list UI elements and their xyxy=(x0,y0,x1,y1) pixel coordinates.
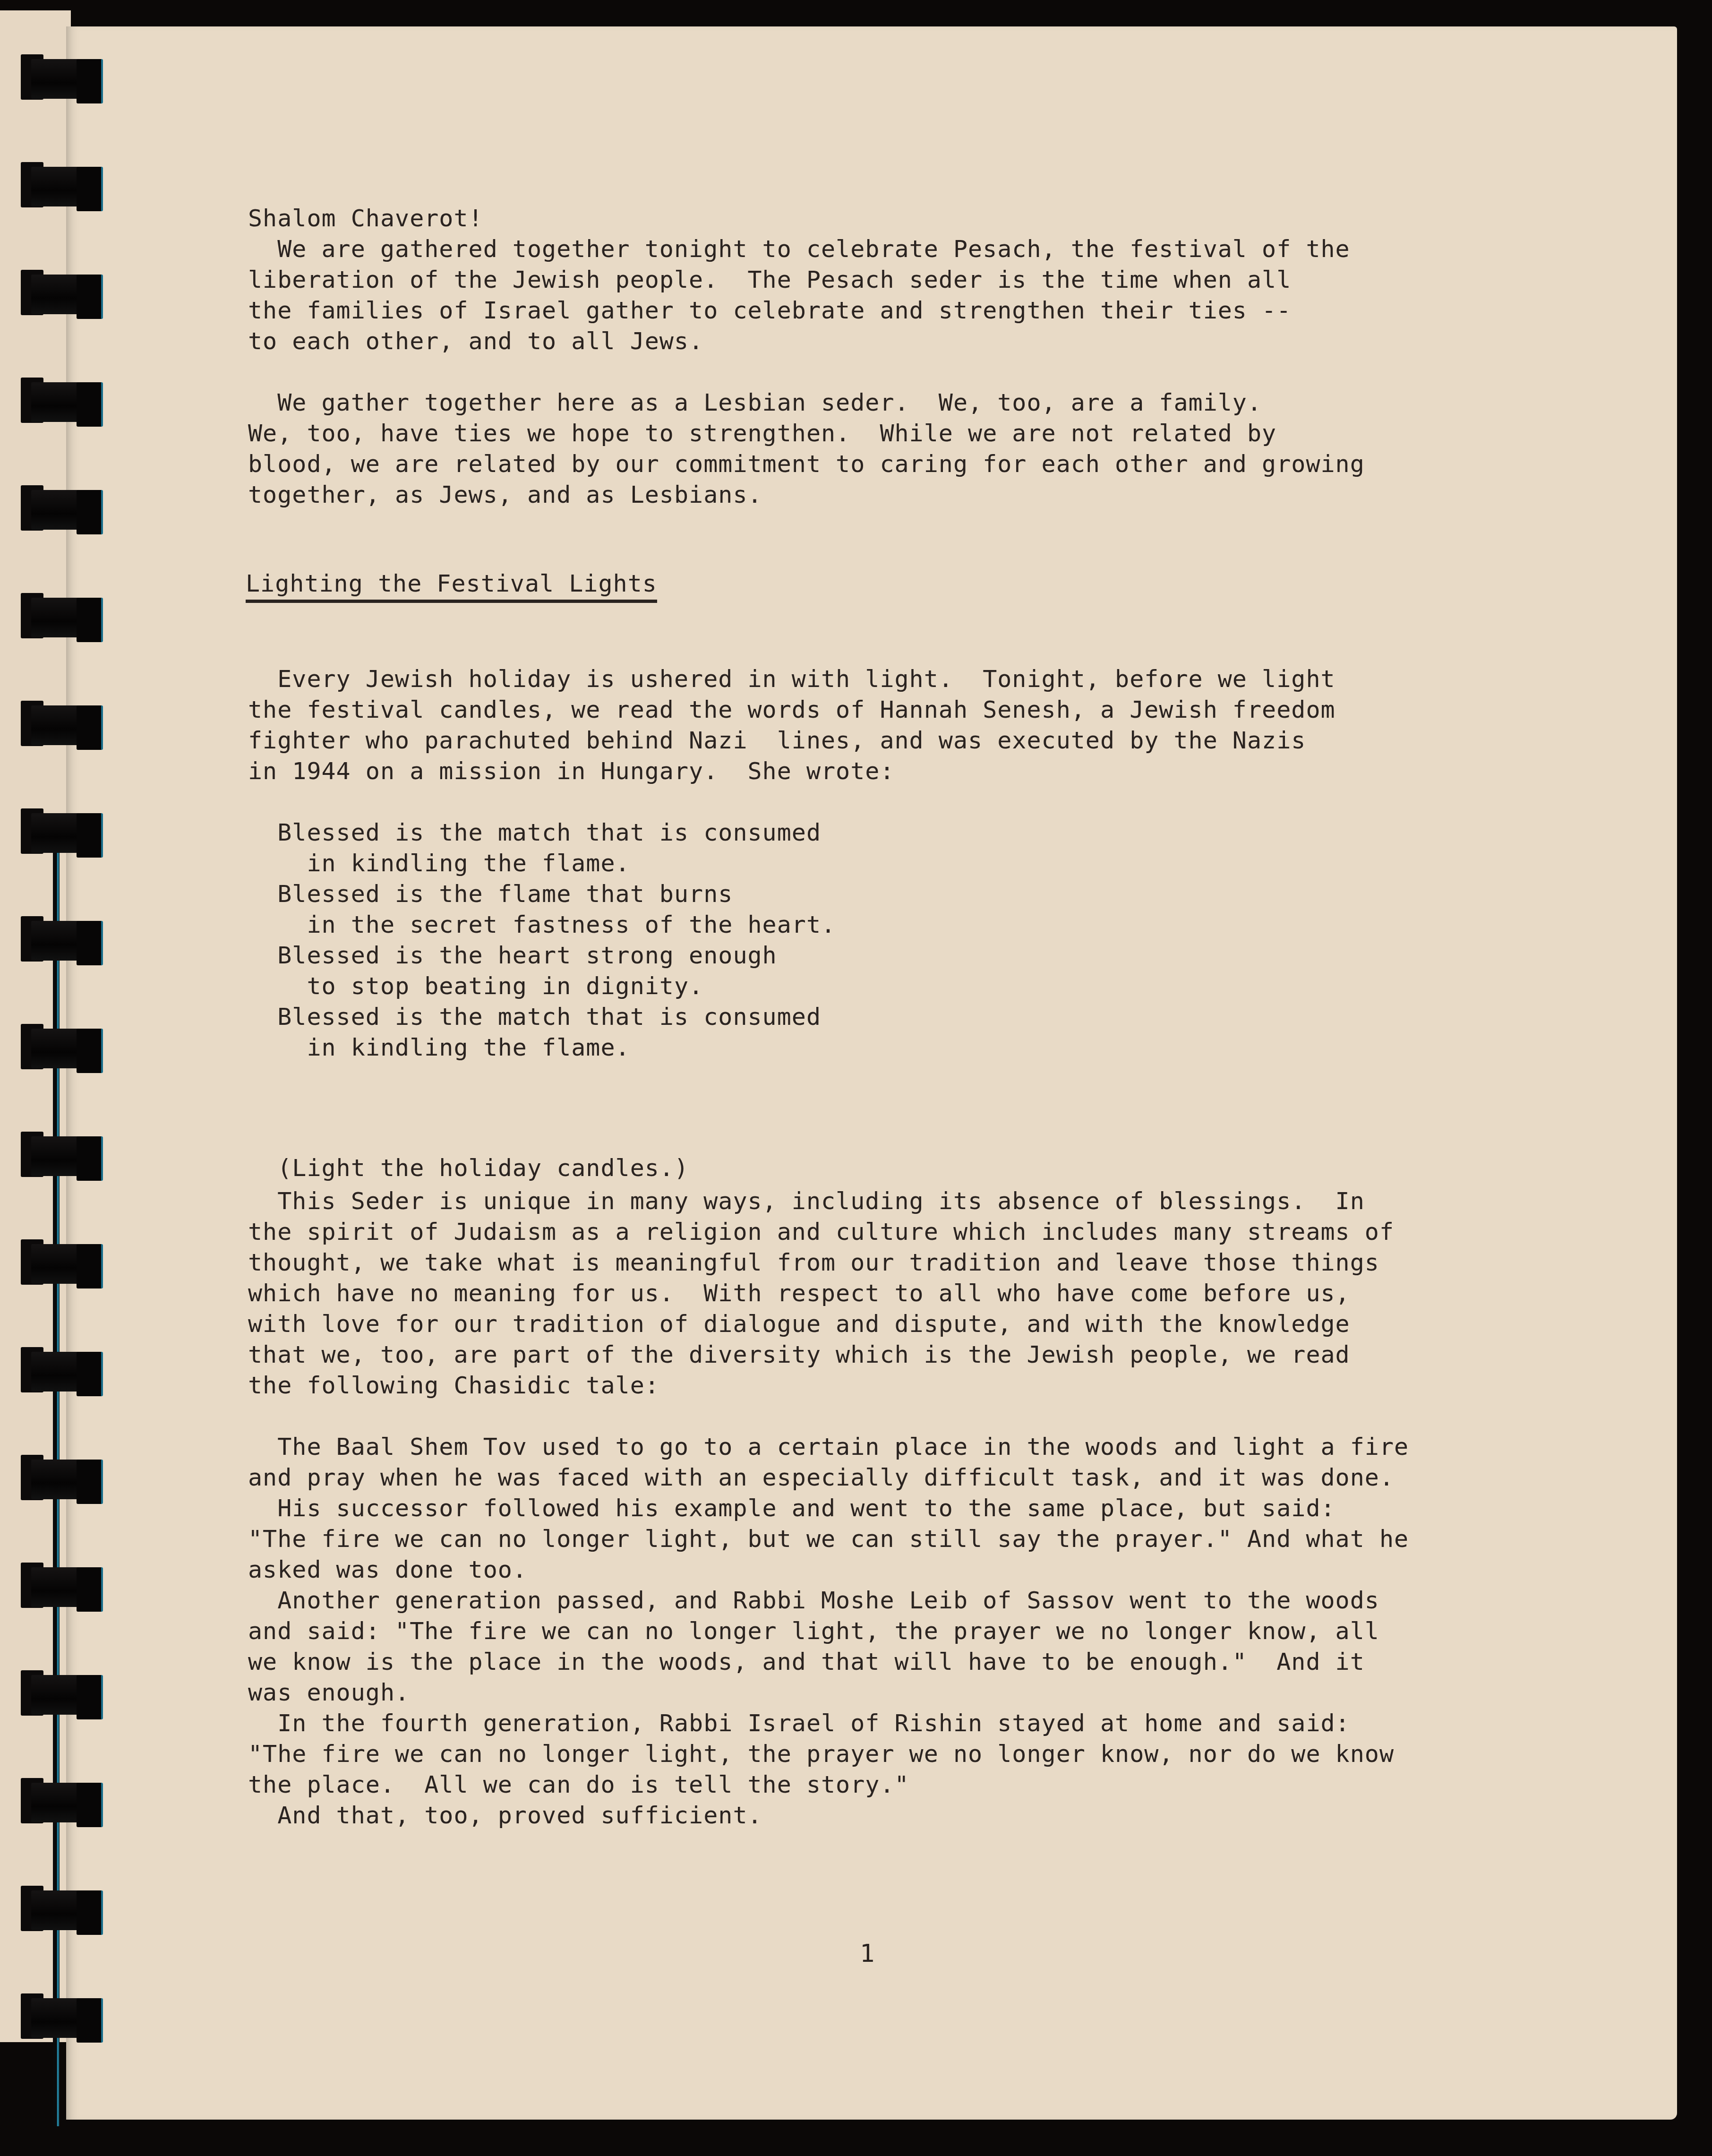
text-line: the festival candles, we read the words … xyxy=(248,695,1335,725)
text-line: the spirit of Judaism as a religion and … xyxy=(248,1217,1394,1247)
text-line: In the fourth generation, Rabbi Israel o… xyxy=(248,1708,1409,1739)
text-line: "The fire we can no longer light, but we… xyxy=(248,1524,1409,1555)
section-heading: Lighting the Festival Lights xyxy=(246,569,657,603)
binding-ring xyxy=(21,1778,101,1825)
binding-ring xyxy=(21,593,101,640)
binding-ring xyxy=(21,270,101,317)
chasidic-tale: The Baal Shem Tov used to go to a certai… xyxy=(248,1432,1409,1831)
text-line: Blessed is the match that is consumed xyxy=(248,817,836,848)
text-line: with love for our tradition of dialogue … xyxy=(248,1309,1394,1340)
binding-ring xyxy=(21,1886,101,1933)
text-line: and said: "The fire we can no longer lig… xyxy=(248,1616,1409,1647)
text-line: blood, we are related by our commitment … xyxy=(248,449,1365,480)
text-line: which have no meaning for us. With respe… xyxy=(248,1278,1394,1309)
text-line: We, too, have ties we hope to strengthen… xyxy=(248,418,1365,449)
text-line: Every Jewish holiday is ushered in with … xyxy=(248,664,1335,695)
text-line: and pray when he was faced with an espec… xyxy=(248,1462,1409,1493)
binding-ring xyxy=(21,1563,101,1610)
binding-ring xyxy=(21,1993,101,2041)
text-line: This Seder is unique in many ways, inclu… xyxy=(248,1186,1394,1217)
binding-ring xyxy=(21,1347,101,1394)
binding-ring xyxy=(21,701,101,748)
seder-paragraph: This Seder is unique in many ways, inclu… xyxy=(248,1186,1394,1401)
binding-ring xyxy=(21,485,101,533)
text-line: asked was done too. xyxy=(248,1555,1409,1585)
text-line: in the secret fastness of the heart. xyxy=(248,910,836,940)
binding-ring xyxy=(21,54,101,102)
text-line: fighter who parachuted behind Nazi lines… xyxy=(248,725,1335,756)
text-line: in 1944 on a mission in Hungary. She wro… xyxy=(248,756,1335,787)
text-line: liberation of the Jewish people. The Pes… xyxy=(248,265,1350,295)
binding-ring xyxy=(21,1132,101,1179)
text-line: Blessed is the match that is consumed xyxy=(248,1002,836,1032)
binding-ring xyxy=(21,378,101,425)
hannah-senesh-poem: Blessed is the match that is consumed in… xyxy=(248,817,836,1063)
lights-paragraph: Every Jewish holiday is ushered in with … xyxy=(248,664,1335,787)
page-number: 1 xyxy=(860,1940,874,1968)
text-line: the following Chasidic tale: xyxy=(248,1370,1394,1401)
text-line: thought, we take what is meaningful from… xyxy=(248,1247,1394,1278)
candle-instruction: (Light the holiday candles.) xyxy=(248,1153,689,1184)
binding-ring xyxy=(21,1239,101,1287)
text-line: "The fire we can no longer light, the pr… xyxy=(248,1739,1409,1769)
text-line: Blessed is the flame that burns xyxy=(248,879,836,910)
binding-ring xyxy=(21,916,101,963)
text-line: We gather together here as a Lesbian sed… xyxy=(248,387,1365,418)
binding-ring xyxy=(21,1024,101,1071)
greeting: Shalom Chaverot! xyxy=(248,203,483,234)
text-line: we know is the place in the woods, and t… xyxy=(248,1647,1409,1677)
binding-ring xyxy=(21,808,101,856)
text-line: was enough. xyxy=(248,1677,1409,1708)
text-line: the place. All we can do is tell the sto… xyxy=(248,1769,1409,1800)
intro-paragraph-1: We are gathered together tonight to cele… xyxy=(248,234,1350,357)
text-line: The Baal Shem Tov used to go to a certai… xyxy=(248,1432,1409,1462)
text-line: in kindling the flame. xyxy=(248,1032,836,1063)
text-line: to each other, and to all Jews. xyxy=(248,326,1350,357)
text-line: Blessed is the heart strong enough xyxy=(248,940,836,971)
binding-ring xyxy=(21,1455,101,1502)
scanned-page-stage: Shalom Chaverot! We are gathered togethe… xyxy=(0,0,1712,2156)
text-line: the families of Israel gather to celebra… xyxy=(248,295,1350,326)
text-line: His successor followed his example and w… xyxy=(248,1493,1409,1524)
text-line: We are gathered together tonight to cele… xyxy=(248,234,1350,265)
text-line: in kindling the flame. xyxy=(248,848,836,879)
binding-ring xyxy=(21,1670,101,1718)
text-line: Another generation passed, and Rabbi Mos… xyxy=(248,1585,1409,1616)
text-line: together, as Jews, and as Lesbians. xyxy=(248,480,1365,510)
intro-paragraph-2: We gather together here as a Lesbian sed… xyxy=(248,387,1365,510)
binding-ring xyxy=(21,162,101,209)
text-line: And that, too, proved sufficient. xyxy=(248,1800,1409,1831)
text-line: to stop beating in dignity. xyxy=(248,971,836,1002)
text-line: that we, too, are part of the diversity … xyxy=(248,1340,1394,1370)
